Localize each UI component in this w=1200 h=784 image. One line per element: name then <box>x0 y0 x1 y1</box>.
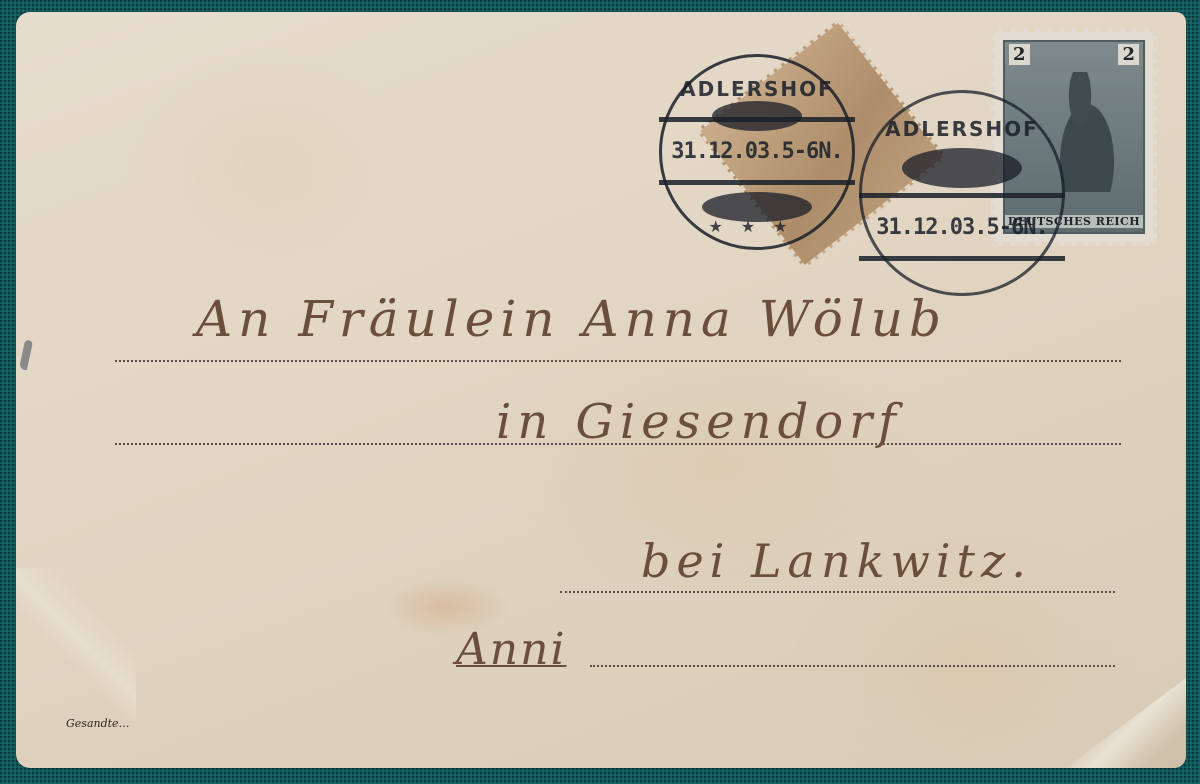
postcard: 2 2 DEUTSCHES REICH ADLERSHOF 31.12.03.5… <box>16 12 1186 768</box>
sender-signature: Anni <box>456 624 567 675</box>
postmark-town: ADLERSHOF <box>862 117 1062 141</box>
address-town: in Giesendorf <box>496 394 902 450</box>
address-line-4 <box>590 665 1115 667</box>
corner-wear-bottom-right <box>1066 678 1186 768</box>
address-line-3 <box>560 591 1115 593</box>
postmark-1: ADLERSHOF 31.12.03.5-6N. ★★★ <box>659 54 855 250</box>
stamp-value-right: 2 <box>1118 44 1139 65</box>
postmark-date: 31.12.03.5-6N. <box>859 193 1065 261</box>
postmark-date: 31.12.03.5-6N. <box>659 117 855 185</box>
address-recipient: An Fräulein Anna Wölub <box>196 290 947 348</box>
postmark-2: ADLERSHOF 31.12.03.5-6N. <box>859 90 1065 296</box>
stamp-value-left: 2 <box>1009 44 1030 65</box>
address-locality: bei Lankwitz. <box>641 534 1032 588</box>
postmark-ink-blob <box>902 148 1022 188</box>
address-line-1 <box>115 360 1121 362</box>
postmark-stars: ★★★ <box>662 217 852 236</box>
printer-imprint: Gesandte… <box>66 717 130 730</box>
corner-wear-bottom-left <box>16 568 136 768</box>
ink-spot <box>19 339 33 370</box>
postmark-town: ADLERSHOF <box>662 77 852 101</box>
